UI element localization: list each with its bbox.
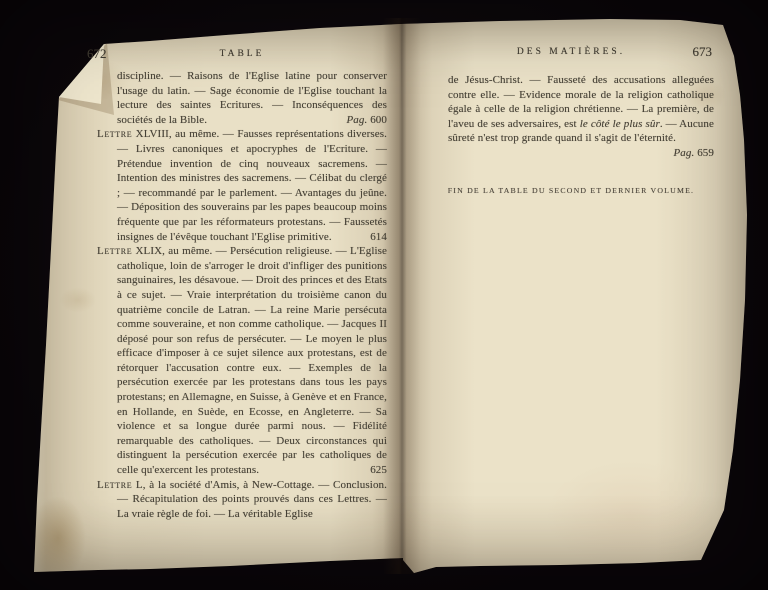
entry-text: 625 bbox=[370, 464, 387, 476]
entry-text: L, à la société d'Amis, à New-Cottage. —… bbox=[117, 479, 387, 520]
entry-lettre-label: Lettre bbox=[97, 245, 132, 257]
right-running-header: DES MATIÈRES. bbox=[428, 44, 714, 57]
toc-entry: de Jésus-Christ. — Fausseté des accusati… bbox=[428, 73, 714, 146]
page-ref: Pag. 600 bbox=[346, 113, 387, 128]
entry-text: 600 bbox=[367, 114, 387, 126]
book-photo: 672 TABLE discipline. — Raisons de l'Egl… bbox=[0, 0, 768, 590]
toc-entry: discipline. — Raisons de l'Eglise latine… bbox=[97, 69, 387, 127]
toc-entry: Lettre XLVIII, au même. — Fausses représ… bbox=[97, 127, 387, 244]
colophon: FIN DE LA TABLE DU SECOND ET DERNIER VOL… bbox=[428, 186, 714, 195]
left-running-header: TABLE bbox=[97, 46, 387, 59]
right-toc-entries: de Jésus-Christ. — Fausseté des accusati… bbox=[428, 73, 714, 146]
left-page-content: 672 TABLE discipline. — Raisons de l'Egl… bbox=[97, 46, 387, 521]
left-running-header-row: 672 TABLE bbox=[97, 46, 387, 63]
right-running-header-row: DES MATIÈRES. 673 bbox=[428, 44, 714, 61]
entry-lettre-label: Lettre bbox=[97, 128, 132, 140]
page-ref: 625 bbox=[370, 463, 387, 478]
entry-text: 614 bbox=[370, 231, 387, 243]
toc-entry: Lettre L, à la société d'Amis, à New-Cot… bbox=[97, 478, 387, 522]
entry-text: 659 bbox=[694, 147, 714, 159]
right-page-content: DES MATIÈRES. 673 de Jésus-Christ. — Fau… bbox=[428, 44, 714, 195]
entry-italic-text: Pag. bbox=[346, 114, 367, 126]
entry-lettre-label: Lettre bbox=[97, 479, 132, 491]
entry-text: XLVIII, au même. — Fausses représentatio… bbox=[117, 128, 387, 242]
toc-entry: Lettre XLIX, au même. — Persécution reli… bbox=[97, 244, 387, 478]
left-toc-entries: discipline. — Raisons de l'Eglise latine… bbox=[97, 69, 387, 521]
entry-italic-text: Pag. bbox=[673, 147, 694, 159]
right-page-number: 673 bbox=[693, 44, 713, 60]
page-ref: Pag. 659 bbox=[673, 146, 714, 161]
entry-text: XLIX, au même. — Persécution religieuse.… bbox=[117, 245, 387, 476]
page-ref: 614 bbox=[370, 230, 387, 245]
left-page-number: 672 bbox=[87, 46, 107, 62]
entry-italic-text: le côté le plus sûr bbox=[580, 118, 660, 130]
